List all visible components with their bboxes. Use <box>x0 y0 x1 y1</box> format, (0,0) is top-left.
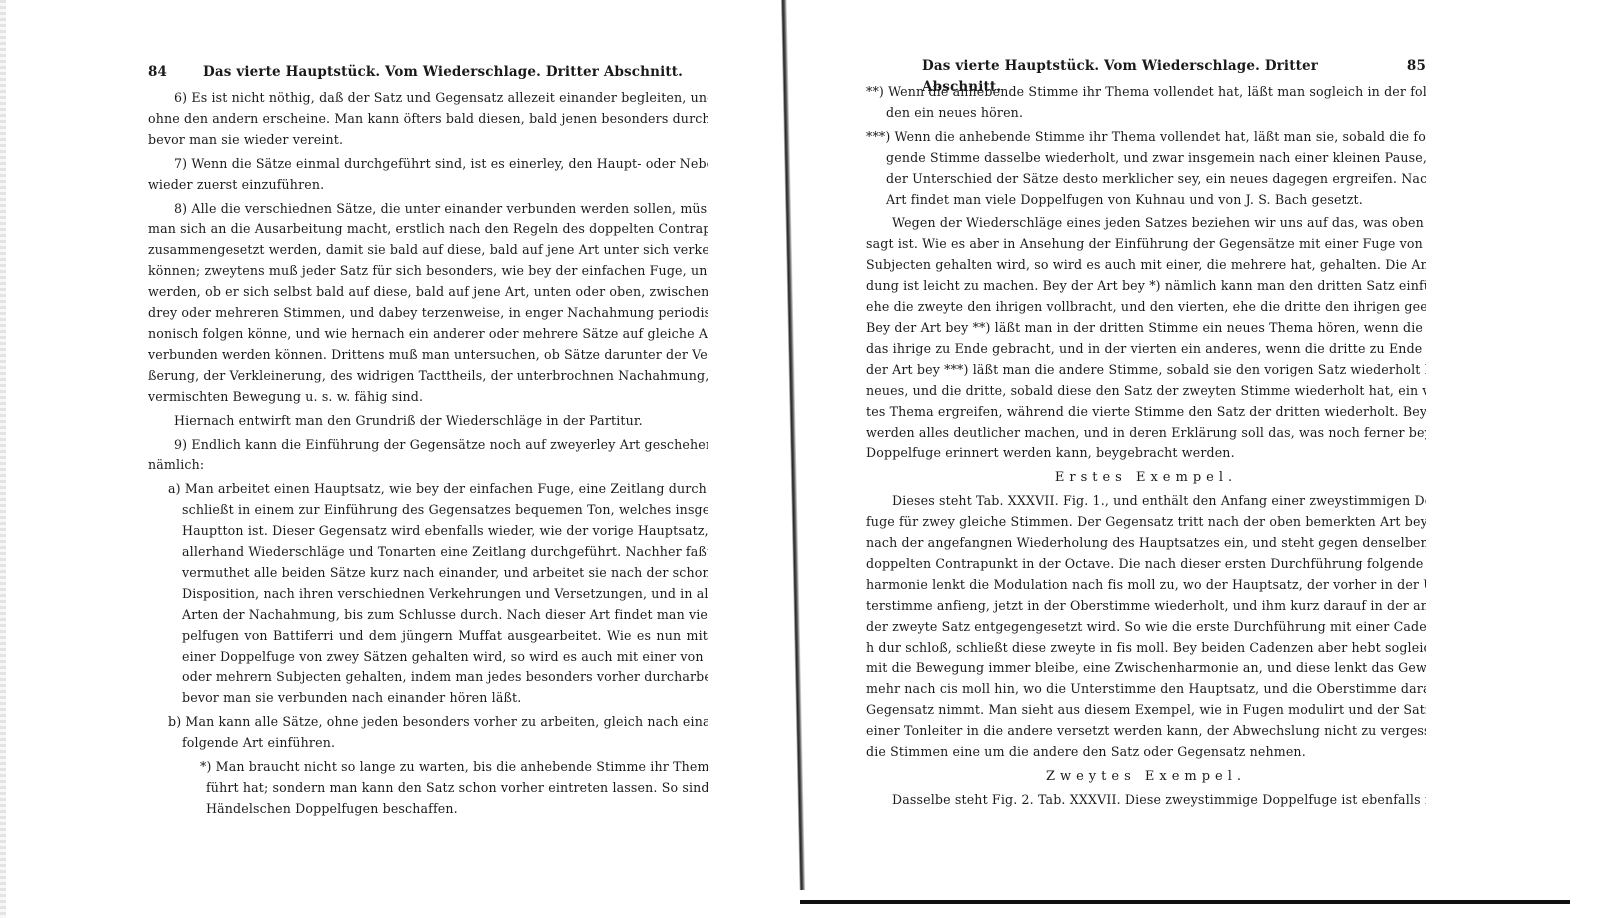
section-heading-erstes-exempel: Erstes Exempel. <box>866 468 1426 489</box>
running-head-title: Das vierte Hauptstück. Vom Wiederschlage… <box>203 62 708 83</box>
scan-edge <box>0 0 6 918</box>
right-page: Das vierte Hauptstück. Vom Wiederschlage… <box>866 56 1426 811</box>
text-line: man sich an die Ausarbeitung macht, erst… <box>148 219 708 240</box>
text-line: Händelschen Doppelfugen beschaffen. <box>148 799 708 820</box>
text-line: neues, und die dritte, sobald diese den … <box>866 381 1426 402</box>
text-line: oder mehrern Subjecten gehalten, indem m… <box>148 667 708 688</box>
text-line: fuge für zwey gleiche Stimmen. Der Gegen… <box>866 512 1426 533</box>
text-line: nach der angefangnen Wiederholung des Ha… <box>866 533 1426 554</box>
text-line: Arten der Nachahmung, bis zum Schlusse d… <box>148 605 708 626</box>
text-line: ßerung, der Verkleinerung, des widrigen … <box>148 366 708 387</box>
text-line: drey oder mehreren Stimmen, und dabey te… <box>148 303 708 324</box>
text-line: schließt in einem zur Einführung des Geg… <box>148 500 708 521</box>
text-line: Hauptton ist. Dieser Gegensatz wird eben… <box>148 521 708 542</box>
text-line: h dur schloß, schließt diese zweyte in f… <box>866 638 1426 659</box>
page-number: 84 <box>148 62 203 83</box>
text-line: Art findet man viele Doppelfugen von Kuh… <box>866 190 1426 211</box>
running-head-right: Das vierte Hauptstück. Vom Wiederschlage… <box>866 56 1426 80</box>
text-line: allerhand Wiederschläge und Tonarten ein… <box>148 542 708 563</box>
text-line: gende Stimme dasselbe wiederholt, und zw… <box>866 148 1426 169</box>
text-line: Dieses steht Tab. XXXVII. Fig. 1., und e… <box>866 491 1426 512</box>
text-line: bevor man sie wieder vereint. <box>148 130 708 151</box>
text-line: mehr nach cis moll hin, wo die Unterstim… <box>866 679 1426 700</box>
text-line: den ein neues hören. <box>866 103 1426 124</box>
text-line: führt hat; sondern man kann den Satz sch… <box>148 778 708 799</box>
page-number: 85 <box>1376 56 1426 77</box>
right-page-body: **) Wenn die anhebende Stimme ihr Thema … <box>866 82 1426 464</box>
text-line: 9) Endlich kann die Einführung der Gegen… <box>148 435 708 456</box>
text-line: sagt ist. Wie es aber in Ansehung der Ei… <box>866 234 1426 255</box>
text-line: zusammengesetzt werden, damit sie bald a… <box>148 240 708 261</box>
left-page: 84 Das vierte Hauptstück. Vom Wiederschl… <box>148 62 708 820</box>
text-line: der Art bey ***) läßt man die andere Sti… <box>866 360 1426 381</box>
text-line: Wegen der Wiederschläge eines jeden Satz… <box>866 213 1426 234</box>
text-line: b) Man kann alle Sätze, ohne jeden beson… <box>148 712 708 733</box>
text-line: dung ist leicht zu machen. Bey der Art b… <box>866 276 1426 297</box>
text-line: *) Man braucht nicht so lange zu warten,… <box>148 757 708 778</box>
text-line: bevor man sie verbunden nach einander hö… <box>148 688 708 709</box>
text-line: Doppelfuge erinnert werden kann, beygebr… <box>866 443 1426 464</box>
text-line: die Stimmen eine um die andere den Satz … <box>866 742 1426 763</box>
text-line: 7) Wenn die Sätze einmal durchgeführt si… <box>148 154 708 175</box>
text-line: der Unterschied der Sätze desto merklich… <box>866 169 1426 190</box>
text-line: werden, ob er sich selbst bald auf diese… <box>148 282 708 303</box>
page-bottom-edge <box>800 900 1570 904</box>
text-line: 8) Alle die verschiednen Sätze, die unte… <box>148 199 708 220</box>
text-line: tes Thema ergreifen, während die vierte … <box>866 402 1426 423</box>
text-line: ohne den andern erscheine. Man kann öfte… <box>148 109 708 130</box>
text-line: ehe die zweyte den ihrigen vollbracht, u… <box>866 297 1426 318</box>
running-head-left: 84 Das vierte Hauptstück. Vom Wiederschl… <box>148 62 708 86</box>
text-line: Hiernach entwirft man den Grundriß der W… <box>148 411 708 432</box>
text-line: Bey der Art bey **) läßt man in der drit… <box>866 318 1426 339</box>
book-gutter <box>781 0 806 890</box>
text-line: ***) Wenn die anhebende Stimme ihr Thema… <box>866 127 1426 148</box>
text-line: harmonie lenkt die Modulation nach fis m… <box>866 575 1426 596</box>
text-line: Disposition, nach ihren verschiednen Ver… <box>148 584 708 605</box>
text-line: nonisch folgen könne, und wie hernach ei… <box>148 324 708 345</box>
text-line: Dasselbe steht Fig. 2. Tab. XXXVII. Dies… <box>866 790 1426 811</box>
text-line: können; zweytens muß jeder Satz für sich… <box>148 261 708 282</box>
text-line: terstimme anfieng, jetzt in der Oberstim… <box>866 596 1426 617</box>
text-line: verbunden werden können. Drittens muß ma… <box>148 345 708 366</box>
text-line: pelfugen von Battiferri und dem jüngern … <box>148 626 708 647</box>
section-heading-zweytes-exempel: Zweytes Exempel. <box>866 767 1426 788</box>
example-2-body: Dasselbe steht Fig. 2. Tab. XXXVII. Dies… <box>866 790 1426 811</box>
text-line: doppelten Contrapunkt in der Octave. Die… <box>866 554 1426 575</box>
text-line: **) Wenn die anhebende Stimme ihr Thema … <box>866 82 1426 103</box>
text-line: Subjecten gehalten wird, so wird es auch… <box>866 255 1426 276</box>
text-line: mit die Bewegung immer bleibe, eine Zwis… <box>866 658 1426 679</box>
text-line: wieder zuerst einzuführen. <box>148 175 708 196</box>
text-line: der zweyte Satz entgegengesetzt wird. So… <box>866 617 1426 638</box>
text-line: Gegensatz nimmt. Man sieht aus diesem Ex… <box>866 700 1426 721</box>
text-line: folgende Art einführen. <box>148 733 708 754</box>
text-line: a) Man arbeitet einen Hauptsatz, wie bey… <box>148 479 708 500</box>
left-page-body: 6) Es ist nicht nöthig, daß der Satz und… <box>148 88 708 820</box>
text-line: werden alles deutlicher machen, und in d… <box>866 423 1426 444</box>
text-line: einer Tonleiter in die andere versetzt w… <box>866 721 1426 742</box>
text-line: das ihrige zu Ende gebracht, und in der … <box>866 339 1426 360</box>
text-line: einer Doppelfuge von zwey Sätzen gehalte… <box>148 647 708 668</box>
text-line: vermischten Bewegung u. s. w. fähig sind… <box>148 387 708 408</box>
text-line: vermuthet alle beiden Sätze kurz nach ei… <box>148 563 708 584</box>
example-1-body: Dieses steht Tab. XXXVII. Fig. 1., und e… <box>866 491 1426 763</box>
text-line: 6) Es ist nicht nöthig, daß der Satz und… <box>148 88 708 109</box>
text-line: nämlich: <box>148 455 708 476</box>
